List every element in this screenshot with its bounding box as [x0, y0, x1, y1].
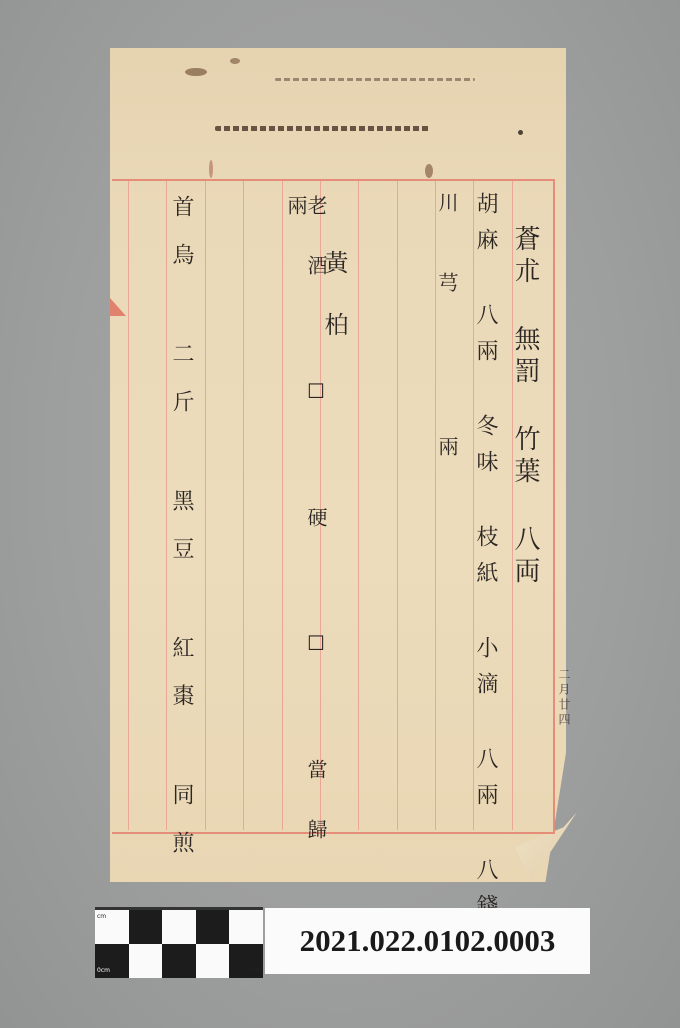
rule-line: [243, 181, 244, 830]
rule-line: [397, 181, 398, 830]
rule-line: [166, 181, 167, 830]
stain: [425, 164, 433, 178]
text-column-2: 胡麻 八兩 冬味 枝紙 小滴 八兩 八錢子: [474, 192, 496, 966]
stain: [185, 68, 207, 76]
scale-label-right: 5cm: [248, 967, 261, 974]
text-column-3: 川芎 兩: [437, 192, 457, 516]
accession-number-label: 2021.022.0102.0003: [265, 908, 590, 974]
rule-line: [358, 181, 359, 830]
top-smudge: [215, 126, 430, 131]
stain: [518, 130, 523, 135]
rule-line: [282, 181, 283, 830]
stain: [209, 160, 213, 178]
top-smudge: [275, 78, 475, 81]
text-column-5: 老酒 ☐ 硬 ☐ 當歸 八兩: [286, 195, 326, 1028]
scale-bar: [95, 907, 263, 978]
text-column-6: 首烏 二斤 黑豆 紅棗 同煎: [170, 195, 192, 879]
text-column-1: 蒼朮 無罰 竹葉 八両: [512, 225, 538, 589]
scale-label-side: cm: [97, 913, 106, 920]
rule-line: [128, 181, 129, 830]
stain: [230, 58, 240, 64]
scale-label-left: 0cm: [97, 967, 110, 974]
date-note: 二月廿四: [558, 668, 570, 728]
rule-line: [205, 181, 206, 830]
